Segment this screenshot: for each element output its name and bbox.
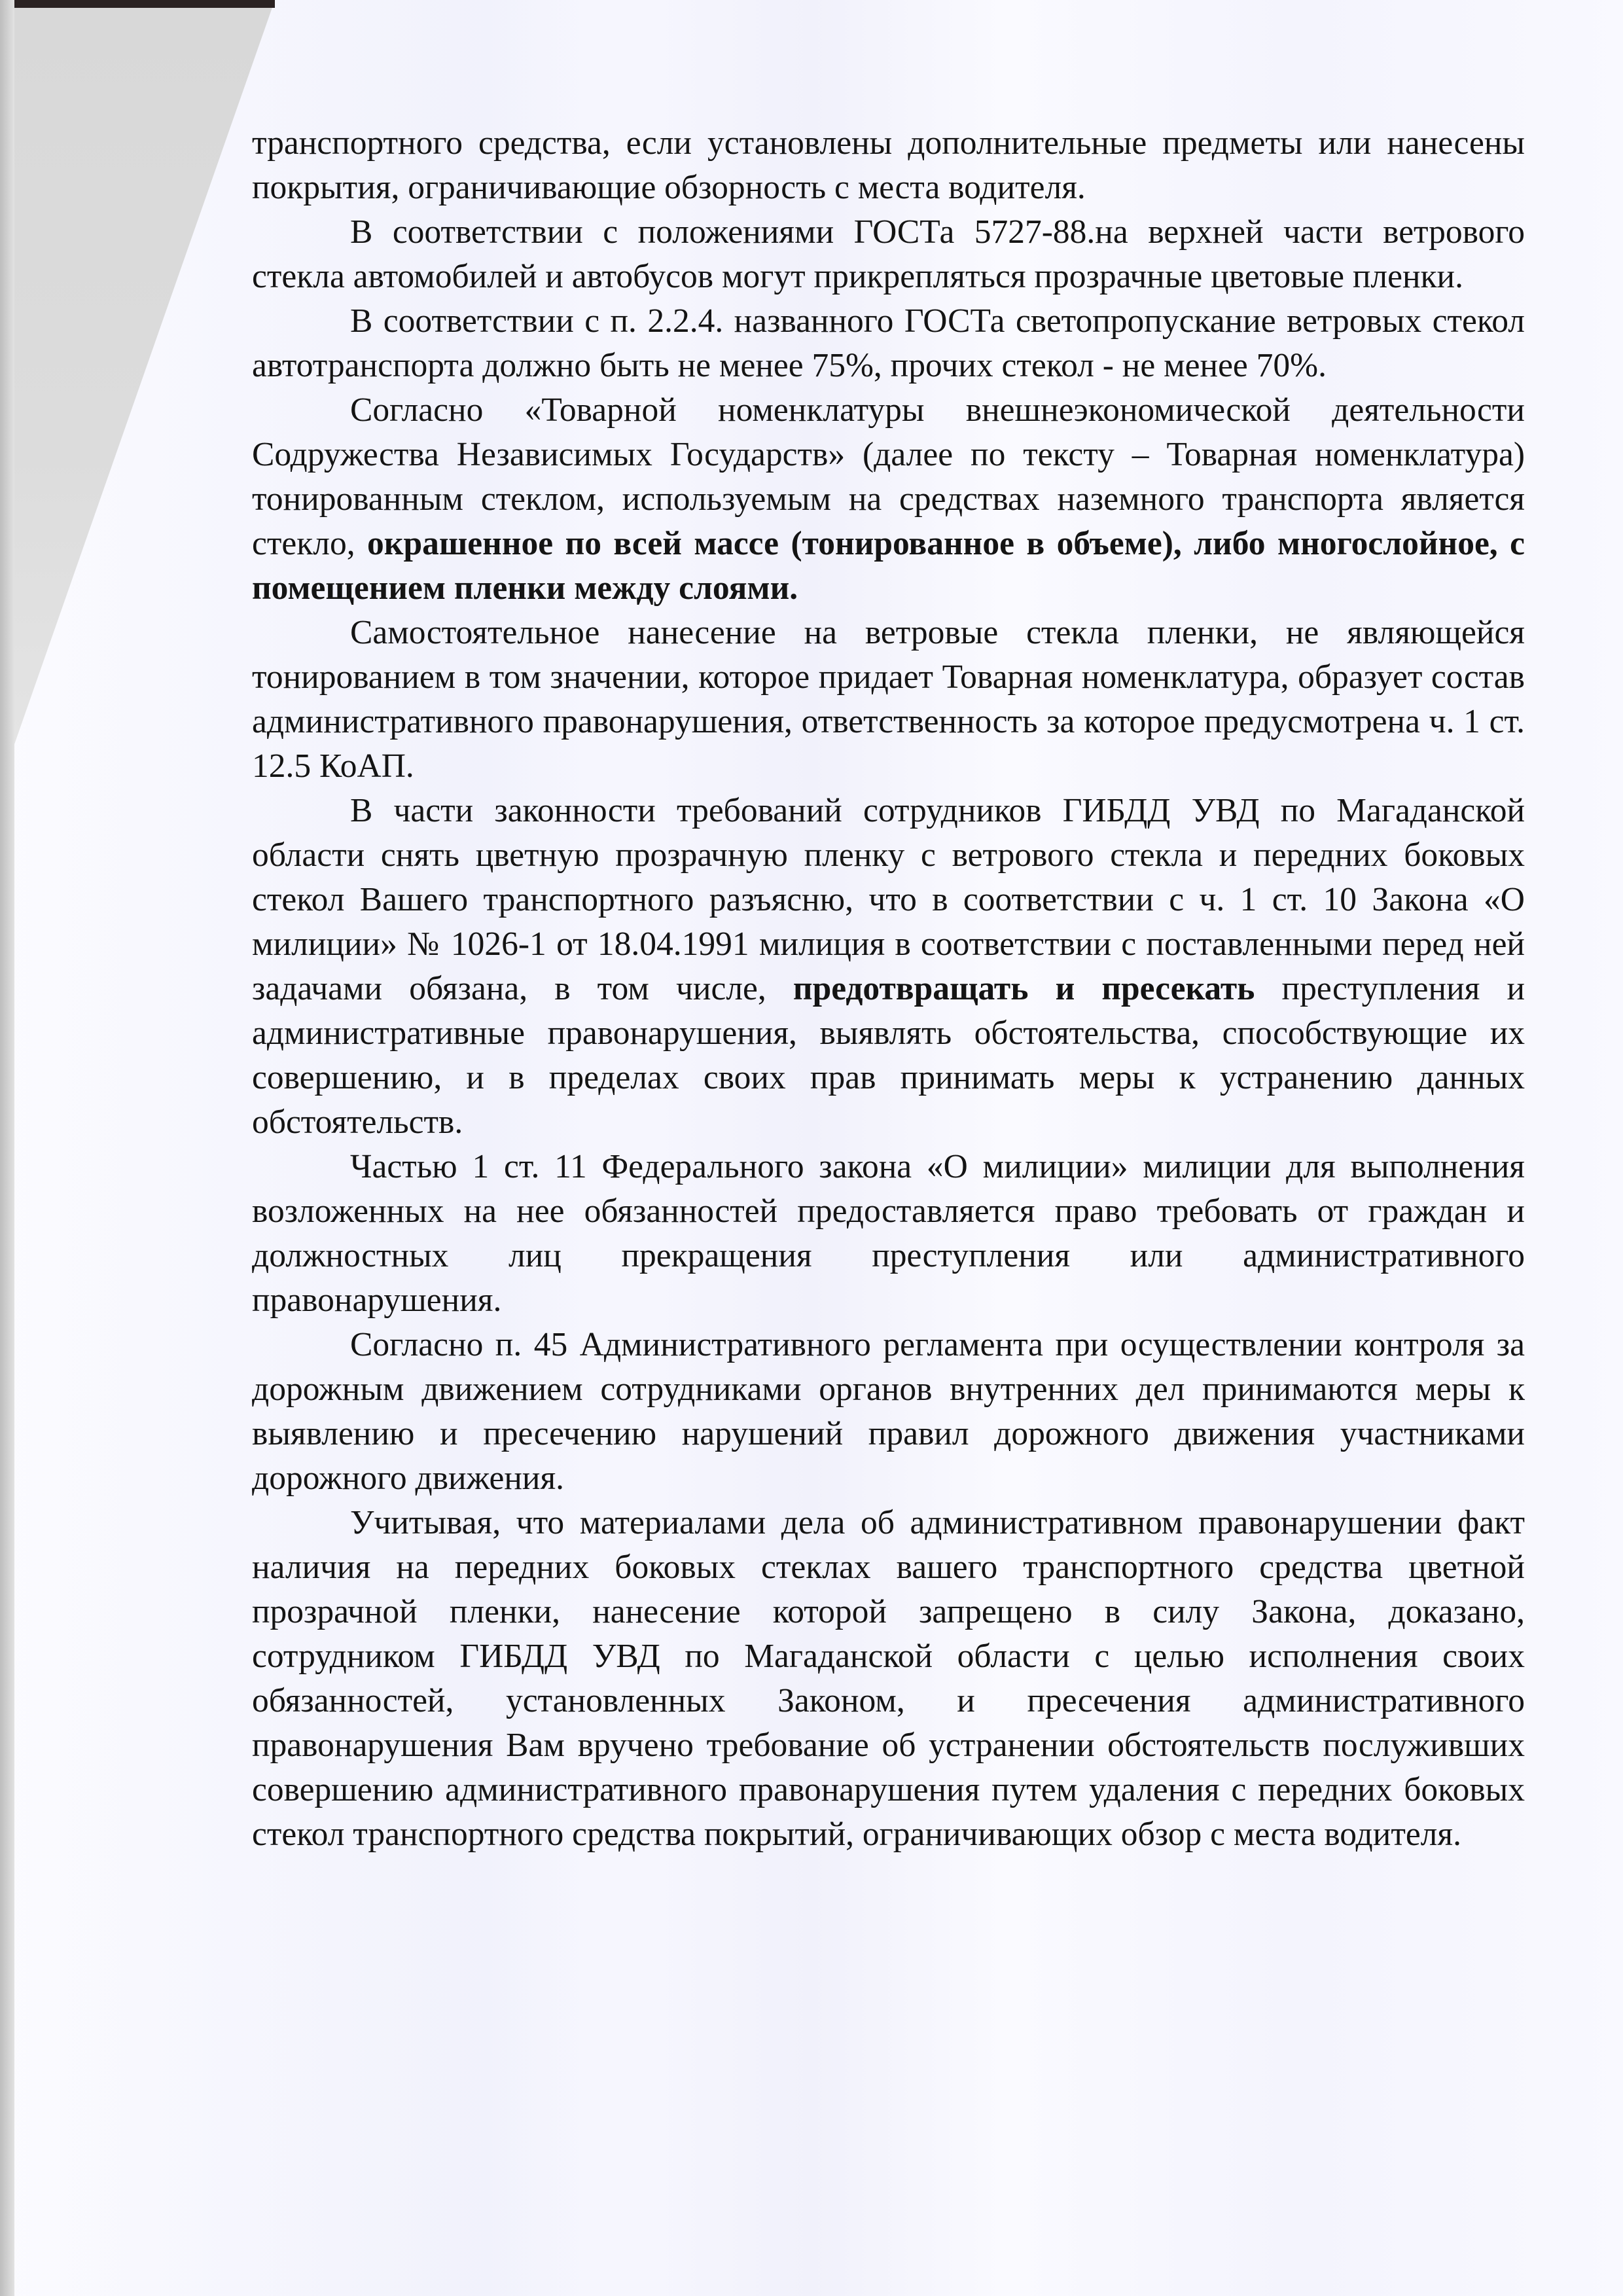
paragraph-police-law-art11: Частью 1 ст. 11 Федерального закона «О м… <box>252 1145 1525 1323</box>
scanner-edge-shadow <box>0 0 275 8</box>
paragraph-text: В соответствии с положениями ГОСТа 5727-… <box>252 213 1525 295</box>
document-body: транспортного средства, если установлены… <box>252 121 1525 1857</box>
paragraph-tinted-glass-definition: Согласно «Товарной номенклатуры внешнеэк… <box>252 388 1525 611</box>
paragraph-light-transmission: В соответствии с п. 2.2.4. названного ГО… <box>252 299 1525 388</box>
paragraph-text: Самостоятельное нанесение на ветровые ст… <box>252 614 1525 785</box>
paragraph-admin-regulation: Согласно п. 45 Административного регламе… <box>252 1323 1525 1501</box>
paragraph-text: транспортного средства, если установлены… <box>252 124 1525 206</box>
paragraph-police-law-art10: В части законности требований сотруднико… <box>252 789 1525 1145</box>
scanner-left-edge <box>0 0 14 2296</box>
paragraph-gost-films: В соответствии с положениями ГОСТа 5727-… <box>252 210 1525 299</box>
paragraph-text: В соответствии с п. 2.2.4. названного ГО… <box>252 302 1525 384</box>
emphasis-text: предотвращать и пресекать <box>793 970 1255 1007</box>
paragraph-text: Учитывая, что материалами дела об админи… <box>252 1504 1525 1853</box>
paragraph-text: Частью 1 ст. 11 Федерального закона «О м… <box>252 1148 1525 1319</box>
emphasis-text: окрашенное по всей массе (тонированное в… <box>252 525 1525 607</box>
paragraph-koap-violation: Самостоятельное нанесение на ветровые ст… <box>252 611 1525 789</box>
paragraph-conclusion: Учитывая, что материалами дела об админи… <box>252 1501 1525 1857</box>
paragraph-visibility-obstruction: транспортного средства, если установлены… <box>252 121 1525 210</box>
paragraph-text: Согласно п. 45 Административного регламе… <box>252 1326 1525 1497</box>
